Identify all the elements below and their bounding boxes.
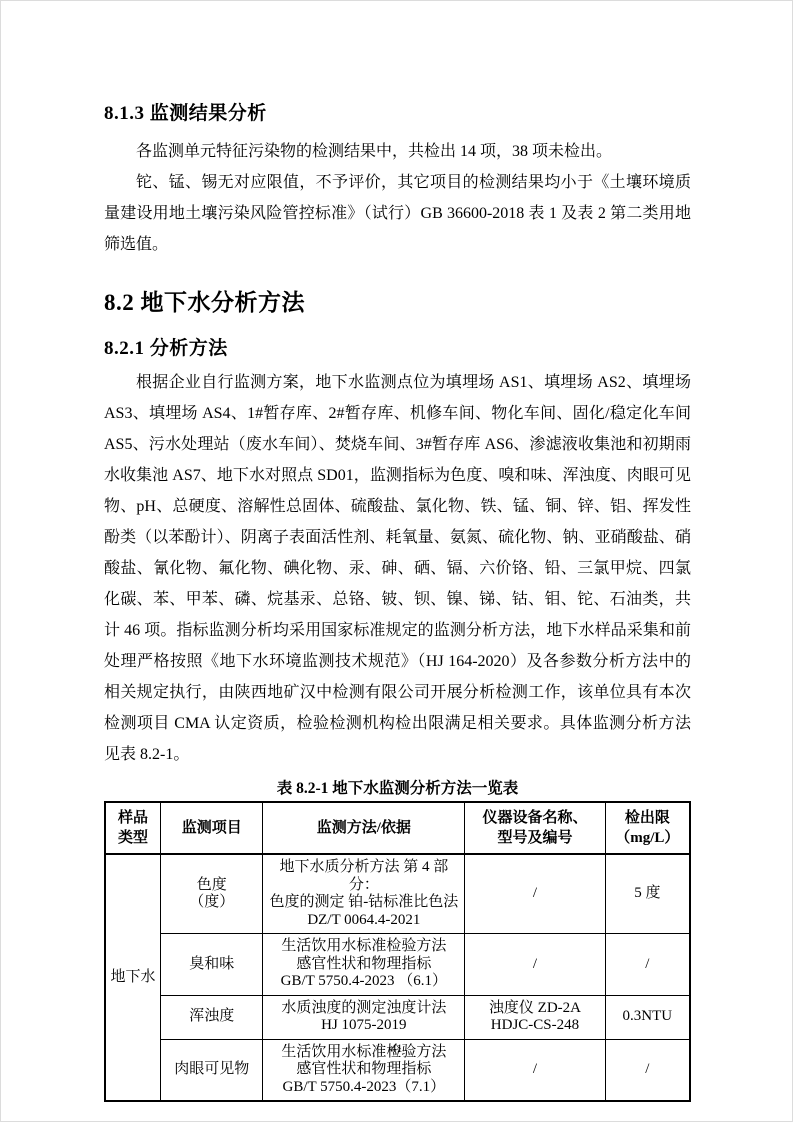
- document-page: 8.1.3 监测结果分析 各监测单元特征污染物的检测结果中，共检出 14 项，3…: [0, 0, 793, 1122]
- header-instrument: 仪器设备名称、 型号及编号: [465, 802, 605, 854]
- heading-monitoring-results: 8.1.3 监测结果分析: [104, 98, 691, 125]
- heading-analysis-method: 8.2.1 分析方法: [104, 333, 691, 360]
- table-row: 地下水 色度 （度） 地下水质分析方法 第 4 部分： 色度的测定 铂-钴标准比…: [105, 854, 690, 934]
- groundwater-analysis-table: 样品 类型 监测项目 监测方法/依据 仪器设备名称、 型号及编号 检出限 （mg…: [104, 801, 691, 1102]
- header-limit: 检出限 （mg/L）: [605, 802, 690, 854]
- heading-groundwater-methods: 8.2 地下水分析方法: [104, 284, 691, 317]
- cell-limit: 0.3NTU: [605, 995, 690, 1039]
- table-row: 臭和味 生活饮用水标准检验方法 感官性状和物理指标 GB/T 5750.4-20…: [105, 934, 690, 996]
- cell-item: 臭和味: [161, 934, 263, 996]
- cell-instrument: 浊度仪 ZD-2A HDJC-CS-248: [465, 995, 605, 1039]
- page-content: 8.1.3 监测结果分析 各监测单元特征污染物的检测结果中，共检出 14 项，3…: [1, 1, 792, 1102]
- page-number: 41: [1, 1041, 792, 1056]
- cell-method: 生活饮用水标准检验方法 感官性状和物理指标 GB/T 5750.4-2023 （…: [263, 934, 465, 996]
- cell-item: 色度 （度）: [161, 854, 263, 934]
- header-item: 监测项目: [161, 802, 263, 854]
- paragraph-method-description: 根据企业自行监测方案，地下水监测点位为填埋场 AS1、填埋场 AS2、填埋场 A…: [104, 367, 691, 770]
- cell-instrument: /: [465, 934, 605, 996]
- table-header-row: 样品 类型 监测项目 监测方法/依据 仪器设备名称、 型号及编号 检出限 （mg…: [105, 802, 690, 854]
- cell-instrument: /: [465, 854, 605, 934]
- cell-method: 水质浊度的测定浊度计法 HJ 1075-2019: [263, 995, 465, 1039]
- table-caption: 表 8.2-1 地下水监测分析方法一览表: [104, 776, 691, 798]
- cell-item: 浑浊度: [161, 995, 263, 1039]
- paragraph-results-evaluation: 铊、锰、锡无对应限值，不予评价，其它项目的检测结果均小于《土壤环境质量建设用地土…: [104, 167, 691, 260]
- header-sample-type: 样品 类型: [105, 802, 161, 854]
- cell-limit: 5 度: [605, 854, 690, 934]
- cell-limit: /: [605, 934, 690, 996]
- table-row: 浑浊度 水质浊度的测定浊度计法 HJ 1075-2019 浊度仪 ZD-2A H…: [105, 995, 690, 1039]
- cell-method: 地下水质分析方法 第 4 部分： 色度的测定 铂-钴标准比色法 DZ/T 006…: [263, 854, 465, 934]
- cell-sample-type: 地下水: [105, 854, 161, 1101]
- paragraph-results-summary: 各监测单元特征污染物的检测结果中，共检出 14 项，38 项未检出。: [104, 136, 691, 167]
- header-method: 监测方法/依据: [263, 802, 465, 854]
